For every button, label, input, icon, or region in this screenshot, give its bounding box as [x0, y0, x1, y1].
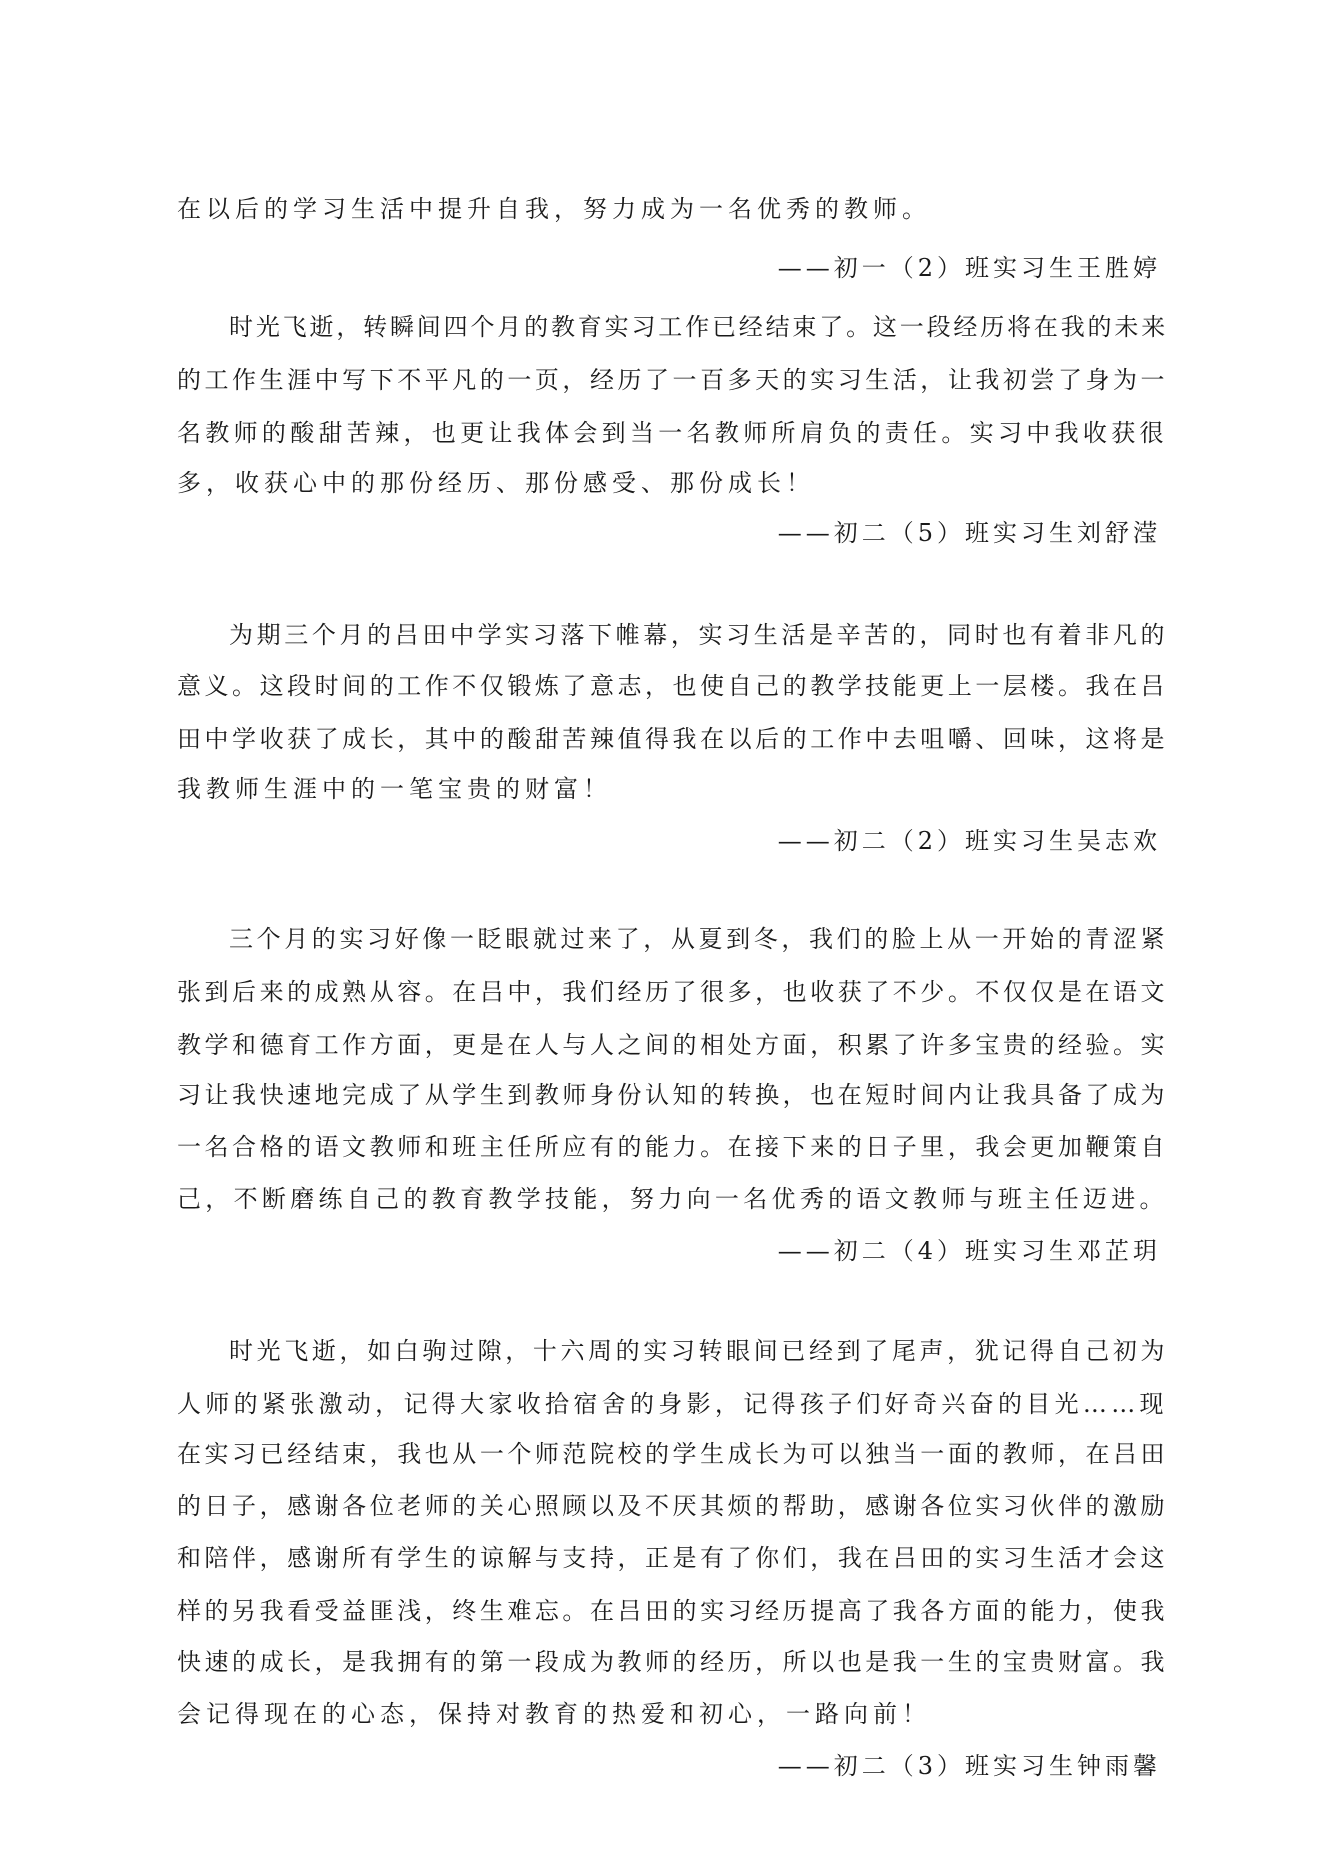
- paragraph-line: 的工作生涯中写下不平凡的一页，经历了一百多天的实习生活，让我初尝了身为一: [177, 365, 1168, 395]
- paragraph-line: 三个月的实习好像一眨眼就过来了，从夏到冬，我们的脸上从一开始的青涩紧: [229, 924, 1168, 954]
- paragraph-line: 和陪伴，感谢所有学生的谅解与支持，正是有了你们，我在吕田的实习生活才会这: [177, 1543, 1168, 1573]
- paragraph-line: 我教师生涯中的一笔宝贵的财富！: [177, 774, 612, 804]
- paragraph-line: 一名合格的语文教师和班主任所应有的能力。在接下来的日子里，我会更加鞭策自: [177, 1132, 1168, 1162]
- paragraph-line: 人师的紧张激动，记得大家收拾宿舍的身影，记得孩子们好奇兴奋的目光……现: [177, 1389, 1168, 1419]
- paragraph-line: 张到后来的成熟从容。在吕中，我们经历了很多，也收获了不少。不仅仅是在语文: [177, 977, 1168, 1007]
- paragraph-line: 时光飞逝，转瞬间四个月的教育实习工作已经结束了。这一段经历将在我的未来: [229, 312, 1168, 342]
- paragraph-line: 习让我快速地完成了从学生到教师身份认知的转换，也在短时间内让我具备了成为: [177, 1080, 1168, 1110]
- paragraph-line: 时光飞逝，如白驹过隙，十六周的实习转眼间已经到了尾声，犹记得自己初为: [229, 1336, 1168, 1366]
- paragraph-line: 意义。这段时间的工作不仅锻炼了意志，也使自己的教学技能更上一层楼。我在吕: [177, 671, 1168, 701]
- paragraph-line: 在以后的学习生活中提升自我，努力成为一名优秀的教师。: [177, 194, 931, 224]
- paragraph-line: 名教师的酸甜苦辣，也更让我体会到当一名教师所肩负的责任。实习中我收获很: [177, 418, 1168, 448]
- signature: ——初二（4）班实习生邓芷玥: [778, 1236, 1161, 1266]
- paragraph-line: 己，不断磨练自己的教育教学技能，努力向一名优秀的语文教师与班主任迈进。: [177, 1184, 1168, 1214]
- paragraph-line: 的日子，感谢各位老师的关心照顾以及不厌其烦的帮助，感谢各位实习伙伴的激励: [177, 1491, 1168, 1521]
- paragraph-line: 会记得现在的心态，保持对教育的热爱和初心，一路向前！: [177, 1699, 931, 1729]
- signature: ——初一（2）班实习生王胜婷: [778, 253, 1161, 283]
- paragraph-line: 田中学收获了成长，其中的酸甜苦辣值得我在以后的工作中去咀嚼、回味，这将是: [177, 724, 1168, 754]
- paragraph-line: 在实习已经结束，我也从一个师范院校的学生成长为可以独当一面的教师，在吕田: [177, 1439, 1168, 1469]
- paragraph-line: 快速的成长，是我拥有的第一段成为教师的经历，所以也是我一生的宝贵财富。我: [177, 1647, 1168, 1677]
- paragraph-line: 多，收获心中的那份经历、那份感受、那份成长！: [177, 468, 815, 498]
- paragraph-line: 样的另我看受益匪浅，终生难忘。在吕田的实习经历提高了我各方面的能力，使我: [177, 1596, 1168, 1626]
- signature: ——初二（5）班实习生刘舒滢: [778, 518, 1161, 548]
- signature: ——初二（3）班实习生钟雨馨: [778, 1751, 1161, 1781]
- paragraph-line: 为期三个月的吕田中学实习落下帷幕，实习生活是辛苦的，同时也有着非凡的: [229, 620, 1168, 650]
- paragraph-line: 教学和德育工作方面，更是在人与人之间的相处方面，积累了许多宝贵的经验。实: [177, 1030, 1168, 1060]
- signature: ——初二（2）班实习生吴志欢: [778, 826, 1161, 856]
